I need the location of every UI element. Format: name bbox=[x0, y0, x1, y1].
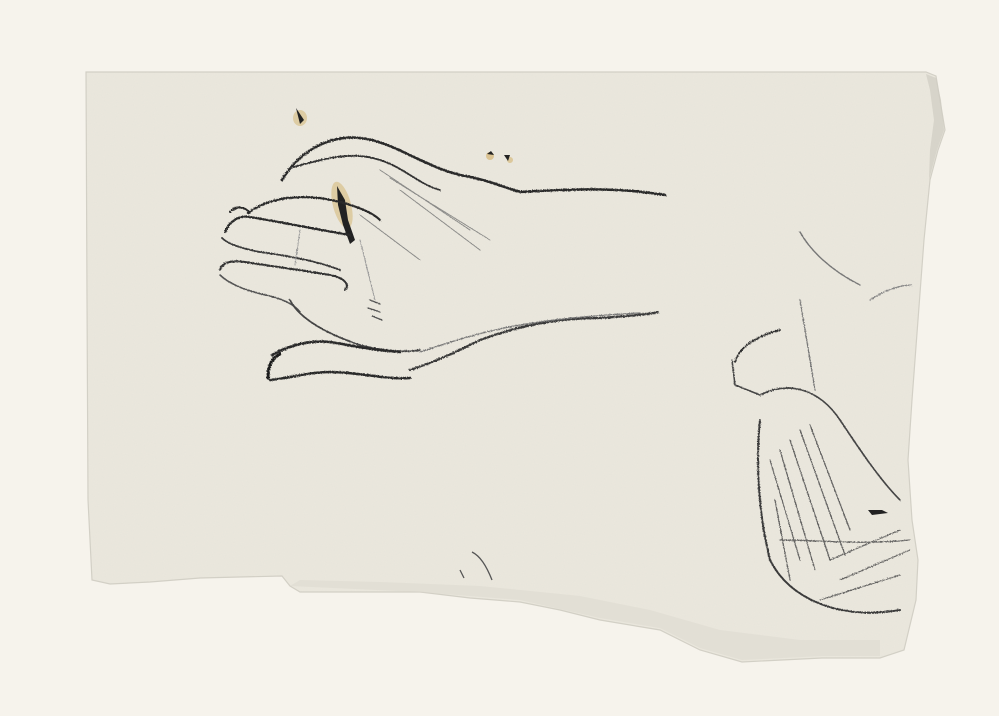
torn-paper bbox=[86, 72, 945, 662]
sketch-artwork bbox=[0, 0, 999, 716]
